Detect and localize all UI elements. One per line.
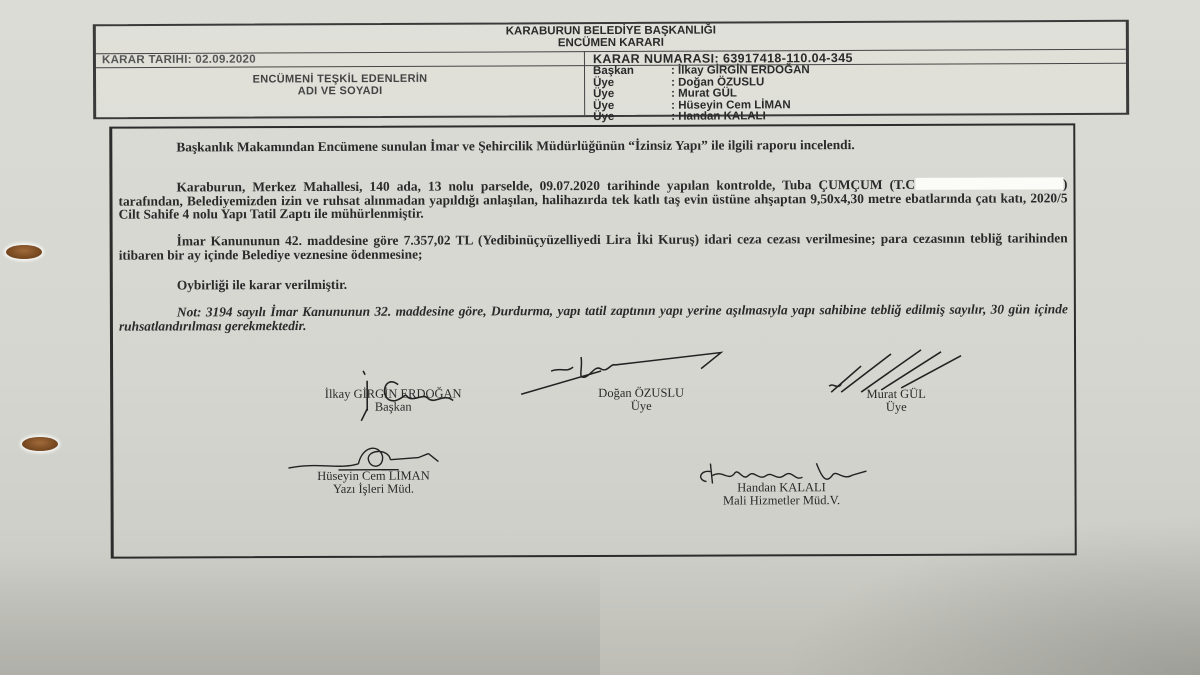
punch-hole-icon xyxy=(6,245,42,259)
paragraph-text: Oybirliği ile karar verilmiştir. xyxy=(177,277,347,293)
decision-date: KARAR TARİHİ: 02.09.2020 xyxy=(102,54,256,67)
signatory-title: Üye xyxy=(841,400,951,413)
signatory-name: Hüseyin Cem LİMAN xyxy=(268,469,478,482)
member-role: Üye xyxy=(593,89,671,101)
member-row: Üye: Handan KALALI xyxy=(593,111,810,123)
signature-block-director: Hüseyin Cem LİMAN Yazı İşleri Müd. xyxy=(268,469,478,495)
signature-block-member: Murat GÜL Üye xyxy=(841,388,951,413)
paragraph-fine: İmar Kanununun 42. maddesine göre 7.357,… xyxy=(119,231,1068,261)
paragraph-inspection: Karaburun, Merkez Mahallesi, 140 ada, 13… xyxy=(118,177,1067,221)
member-name: : Handan KALALI xyxy=(671,111,766,123)
signature-block-finance: Handan KALALI Mali Hizmetler Müd.V. xyxy=(681,481,881,507)
members-label: ENCÜMENİ TEŞKİL EDENLERİN ADI VE SOYADI xyxy=(96,72,584,98)
members-list: Başkan: İlkay GİRGİN ERDOĞAN Üye: Doğan … xyxy=(593,65,810,123)
signatory-title: Yazı İşleri Müd. xyxy=(268,482,478,495)
signatory-title: Başkan xyxy=(303,400,483,413)
member-role: Başkan xyxy=(593,66,671,78)
member-role: Üye xyxy=(593,112,671,124)
signatory-name: Murat GÜL xyxy=(841,388,951,401)
signatory-title: Üye xyxy=(541,399,741,412)
redaction-box xyxy=(915,177,1063,190)
signature-block-member: Doğan ÖZUSLU Üye xyxy=(541,386,741,412)
decision-header-table: KARABURUN BELEDİYE BAŞKANLIĞI ENCÜMEN KA… xyxy=(93,20,1129,120)
member-name: : İlkay GİRGİN ERDOĞAN xyxy=(671,65,810,77)
signatory-name: Handan KALALI xyxy=(681,481,881,494)
punch-hole-icon xyxy=(22,437,58,451)
signatory-name: İlkay GİRGİN ERDOĞAN xyxy=(303,387,483,400)
paragraph-text: Başkanlık Makamından Encümene sunulan İm… xyxy=(176,137,854,154)
signature-block-president: İlkay GİRGİN ERDOĞAN Başkan xyxy=(303,387,483,413)
paragraph-text: Not: 3194 sayılı İmar Kanununun 32. madd… xyxy=(119,301,1068,333)
paper-shadow xyxy=(0,555,600,675)
signatory-title: Mali Hizmetler Müd.V. xyxy=(682,493,882,506)
paragraph-text: İmar Kanununun 42. maddesine göre 7.357,… xyxy=(119,230,1068,262)
member-name: : Murat GÜL xyxy=(671,88,737,100)
signatory-name: Doğan ÖZUSLU xyxy=(541,386,741,399)
decision-body: Başkanlık Makamından Encümene sunulan İm… xyxy=(109,123,1077,558)
paragraph-unanimous: Oybirliği ile karar verilmiştir. xyxy=(119,275,1068,292)
members-label-line2: ADI VE SOYADI xyxy=(96,84,584,98)
paragraph-report: Başkanlık Makamından Encümene sunulan İm… xyxy=(118,137,1067,154)
paragraph-note: Not: 3194 sayılı İmar Kanununun 32. madd… xyxy=(119,302,1068,332)
